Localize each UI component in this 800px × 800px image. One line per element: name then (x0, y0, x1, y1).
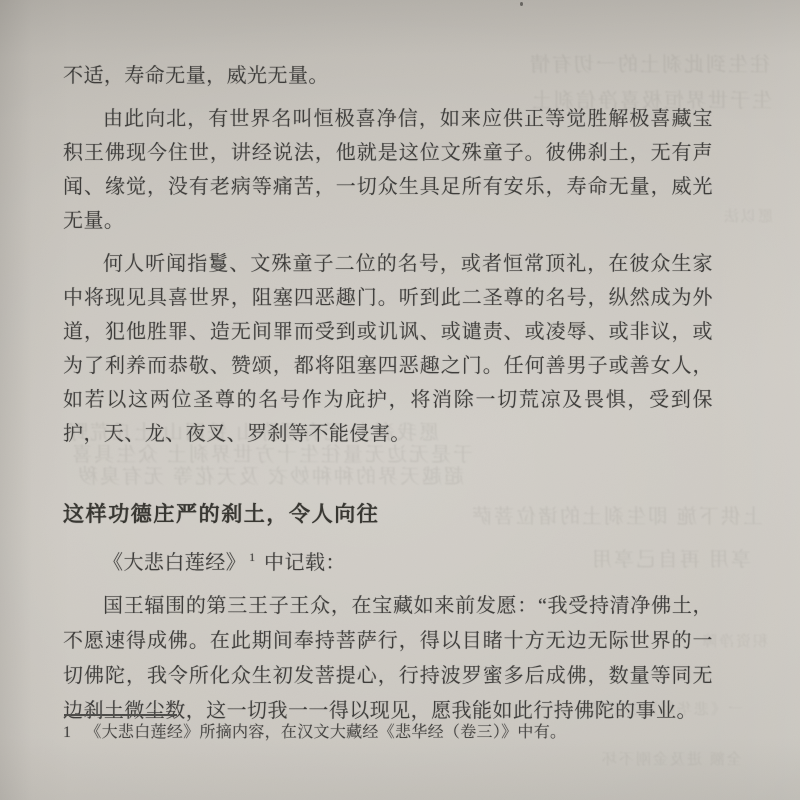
section-heading: 这样功德庄严的刹土，令人向往 (63, 499, 713, 529)
footnote: 1《大悲白莲经》所摘内容，在汉文大藏经《悲华经（卷三）》中有。 (63, 722, 723, 744)
footnote-text: 《大悲白莲经》所摘内容，在汉文大藏经《悲华经（卷三）》中有。 (85, 724, 566, 741)
footnote-rule (64, 714, 177, 716)
paragraph: 何人听闻指鬘、文殊童子二位的名号，或者恒常顶礼，在彼众生家中将现见具喜世界，阻塞… (63, 247, 713, 451)
ghost-text: 全额 进及金刚不坏 (600, 748, 742, 769)
body-text-block: 不适，寿命无量，威光无量。 由此向北，有世界名叫恒极喜净信，如来应供正等觉胜解极… (63, 59, 713, 729)
footnote-area: 1《大悲白莲经》所摘内容，在汉文大藏经《悲华经（卷三）》中有。 (63, 714, 723, 744)
paragraph: 由此向北，有世界名叫恒极喜净信，如来应供正等觉胜解极喜藏宝积王佛现今住世，讲经说… (63, 102, 713, 238)
paragraph-continuation: 不适，寿命无量，威光无量。 (63, 59, 713, 93)
citation-intro-text: 中记载： (259, 552, 346, 574)
footnote-reference: 1 (246, 550, 258, 564)
ghost-text: 愿以法 (722, 205, 773, 226)
paragraph-citation-intro: 《大悲白莲经》1 中记载： (63, 546, 713, 580)
footnote-marker: 1 (63, 722, 71, 744)
paragraph-quote: 国王辐围的第三王子王众，在宝藏如来前发愿：“我受持清净佛土，不愿速得成佛。在此期… (63, 589, 713, 729)
book-page-photo: 往生到此刹土的一切有情 生于世界恒极喜净信刹土 愿以法 愿我刹土 无有须弥山 铁… (0, 0, 800, 800)
paper-speck (520, 2, 523, 6)
scripture-title: 《大悲白莲经》 (103, 552, 246, 574)
